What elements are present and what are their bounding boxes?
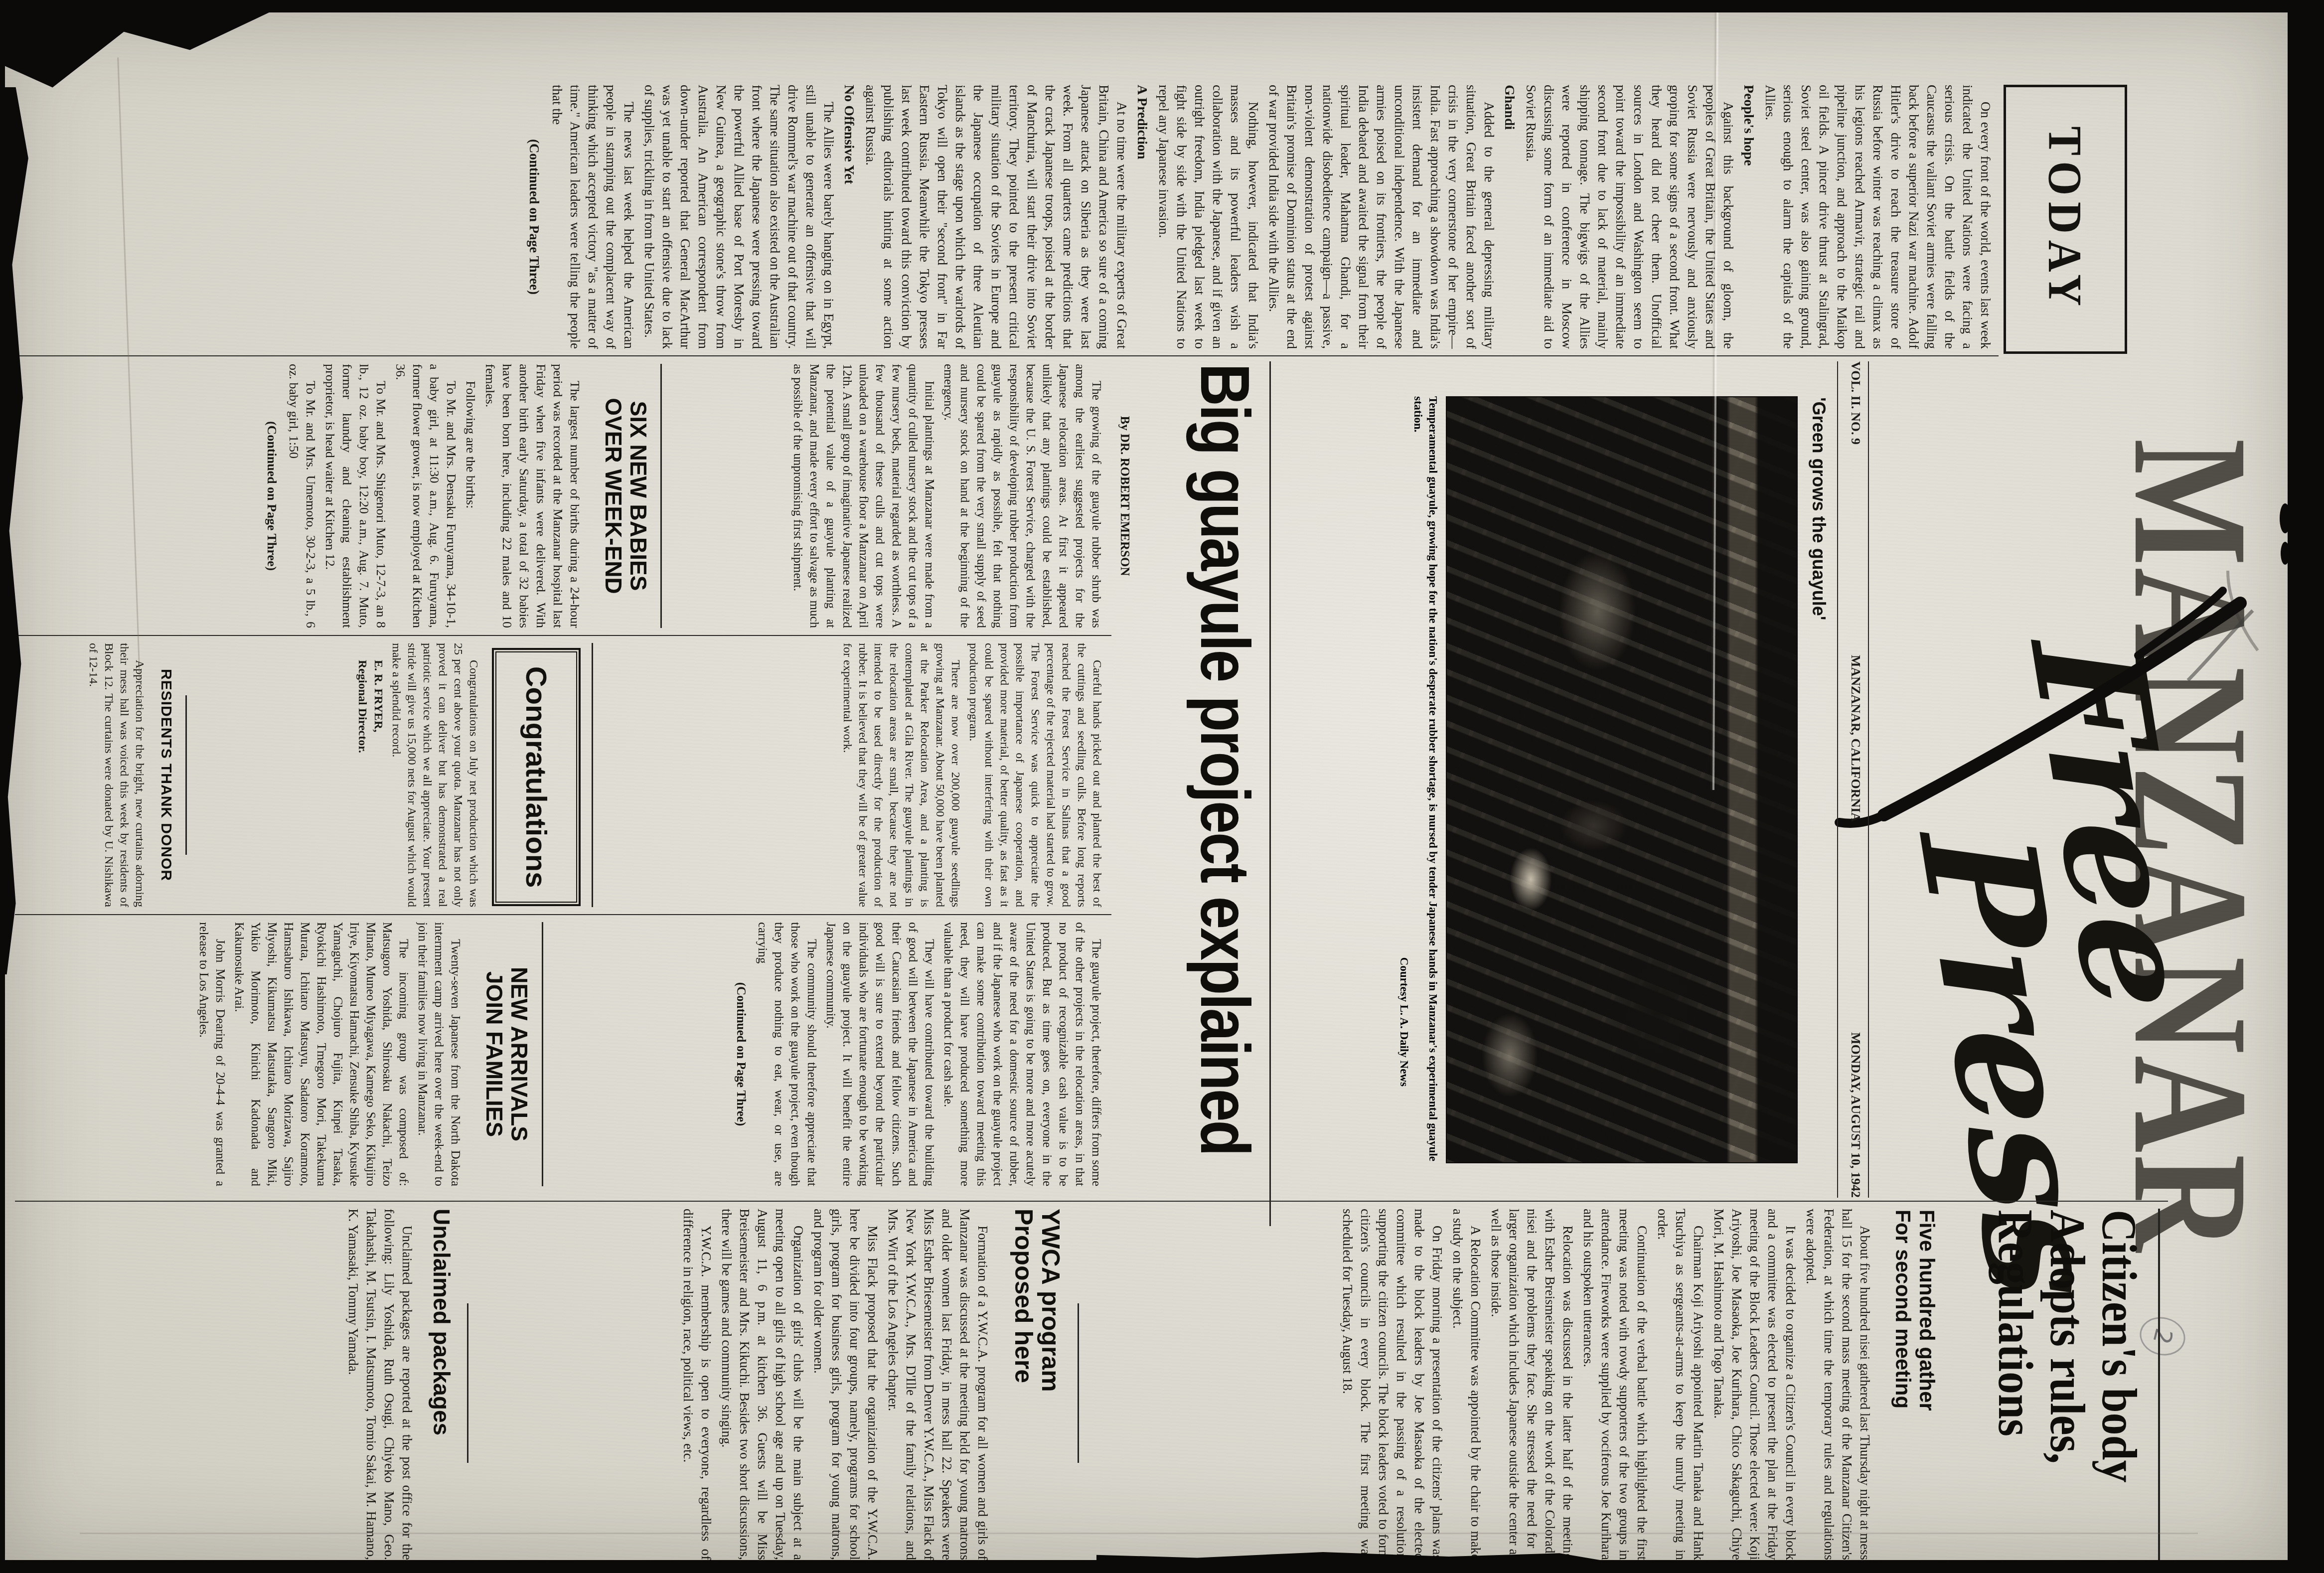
paragraph: Following are the births: <box>462 364 479 628</box>
lead-story-rule <box>2158 1209 2160 1560</box>
paragraph: Added to the general depressing military… <box>1265 85 1498 349</box>
paragraph: Organization of girls' clubs will be the… <box>718 1209 807 1560</box>
babies-headline-line2: OVER WEEK-END <box>601 364 626 628</box>
paragraph: Chairman Koji Ariyoshi appointed Martin … <box>1654 1209 1707 1560</box>
ywca-column: Formation of a Y.W.C.A. program for all … <box>493 1209 992 1560</box>
today-intro: On every front of the world, events last… <box>1761 85 1995 349</box>
ywca-headline: YWCA program Proposed here <box>1010 1209 1064 1560</box>
paragraph: Relocation was discussed in the latter h… <box>1487 1209 1577 1560</box>
paragraph: The guayule project, therefore, differs … <box>940 922 1104 1186</box>
paragraph: They will have contributed toward the bu… <box>822 922 937 1186</box>
paragraph: The incoming group was composed of: Mats… <box>231 922 412 1186</box>
column-rule <box>15 1201 2168 1202</box>
paragraph: Appreciation for the bright, new curtain… <box>85 643 147 907</box>
scan-blemish <box>2281 542 2290 565</box>
today-box: TODAY <box>2004 85 2127 354</box>
babies-headline-line1: SIX NEW BABIES <box>625 364 650 628</box>
paragraph: To Mr. and Mrs. Shigenori Muto, 12-7-3, … <box>321 364 389 628</box>
photo-guayule-lath-house <box>1446 396 1798 1163</box>
paragraph: There are now over 200,000 guayule seedl… <box>839 643 963 907</box>
paragraph: The largest number of births during a 24… <box>481 364 583 628</box>
section-head-no-offensive-yet: No Offensive Yet <box>841 85 857 349</box>
paragraph: Unclaimed packages are reported at the p… <box>344 1209 416 1560</box>
congratulations-box: Congratulations <box>492 648 581 906</box>
section-head-ghandi: Ghandi <box>1501 85 1517 349</box>
story-divider-rule <box>660 364 662 628</box>
paragraph: Formation of a Y.W.C.A. program for all … <box>884 1209 992 1560</box>
column-rule <box>15 355 1999 356</box>
paragraph: Careful hands picked out and planted the… <box>965 643 1104 907</box>
citizens-headline: Citizen's body Adopts rules, Regulations <box>1990 1210 2145 1513</box>
photo-credit: Courtesy L. A. Daily News <box>1397 396 1410 1161</box>
paragraph: Continuation of the verbal battle which … <box>1579 1209 1651 1560</box>
congratulations-headline: Congratulations <box>520 666 553 888</box>
citizens-subhead-line2: For second meeting <box>1890 1210 1914 1411</box>
paragraph: The community should therefore appreciat… <box>754 922 820 1186</box>
arrivals-headline-line2: JOIN FAMILIES <box>482 922 507 1186</box>
headline-rule <box>1269 361 1271 1226</box>
continued-line: (Continued on Page Three) <box>263 364 280 628</box>
guayule-column-3: Careful hands picked out and planted the… <box>601 643 1104 907</box>
photo-caption: Temperamental guayule, growing hope for … <box>1397 396 1440 1161</box>
paragraph: Congratulations on July net production w… <box>388 643 481 907</box>
paragraph: To Mr. and Mrs. Umemoto, 30-2-3, a 5 lb.… <box>285 364 319 628</box>
babies-column: The largest number of births during a 24… <box>25 364 583 628</box>
caption-text: Temperamental guayule, growing hope for … <box>1410 396 1440 1161</box>
story-divider-rule <box>185 695 187 855</box>
section-head-peoples-hope: People's hope <box>1740 85 1756 349</box>
paragraph: About five hundred nisei gathered last T… <box>1802 1209 1874 1560</box>
paragraph: Against this background of gloom, the pe… <box>1522 85 1737 349</box>
arrivals-headline-line1: NEW ARRIVALS <box>506 922 531 1186</box>
signature-name: E. R. FRYER, <box>370 643 386 907</box>
donor-headline: RESIDENTS THANK DONOR <box>157 643 174 907</box>
signature-title: Regional Director. <box>354 643 370 907</box>
arrivals-headline: NEW ARRIVALS JOIN FAMILIES <box>482 922 531 1186</box>
volume-number: VOL. II. NO. 9 <box>1848 361 1863 445</box>
section-head-a-prediction: A Prediction <box>1134 85 1150 349</box>
paragraph: John Morris Dearing of 20-4-4 was grante… <box>195 922 228 1186</box>
paragraph: Nothing, however, indicated that India's… <box>1155 85 1262 349</box>
paragraph: The growing of the guayule rubber shrub … <box>940 364 1104 628</box>
donor-column: Appreciation for the bright, new curtain… <box>12 643 147 907</box>
citizens-subhead: Five hundred gather For second meeting <box>1890 1210 1939 1411</box>
paragraph: The news last week helped the American p… <box>548 85 638 349</box>
guayule-column-2: The growing of the guayule rubber shrub … <box>671 364 1104 628</box>
continued-line: (Continued on Page Three) <box>733 922 749 1186</box>
story-divider-rule <box>467 1303 468 1463</box>
ywca-headline-line2: Proposed here <box>1010 1209 1037 1560</box>
citizens-headline-line3: Regulations <box>1990 1210 2041 1483</box>
ink-slash-mark <box>1814 351 2288 1249</box>
paragraph: It was decided to organize a Citizen's C… <box>1710 1209 1800 1560</box>
continued-line: (Continued on Page Three) <box>525 85 543 349</box>
story-divider-rule <box>592 643 593 907</box>
unclaimed-headline: Unclaimed packages <box>429 1209 454 1560</box>
paragraph: Twenty-seven Japanese from the North Dak… <box>414 922 464 1186</box>
citizens-subhead-line1: Five hundred gather <box>1915 1210 1939 1411</box>
publication-date: MONDAY, AUGUST 10, 1942 <box>1848 1032 1863 1198</box>
scanned-newspaper-screenshot: { "masthead": { "title_block": "MANZANAR… <box>0 0 2324 1573</box>
arrivals-column: Twenty-seven Japanese from the North Dak… <box>15 922 464 1186</box>
paragraph: At no time were the military experts of … <box>862 85 1131 349</box>
folio-line: VOL. II. NO. 9 MANZANAR, CALIFORNIA MOND… <box>1848 361 1863 1198</box>
paragraph: A Relocation Committee was appointed by … <box>1449 1209 1485 1560</box>
citizens-headline-line1: Citizen's body <box>2093 1210 2145 1483</box>
congratulations-letter: Congratulations on July net production w… <box>202 643 481 907</box>
paragraph: To Mr. and Mrs. Densaku Furuyama, 34-10-… <box>392 364 460 628</box>
story-divider-rule <box>542 922 543 1186</box>
story-divider-rule <box>1078 1303 1079 1463</box>
folio-rule-bottom <box>1837 361 1838 1198</box>
column-rule <box>15 914 1111 915</box>
ywca-headline-line1: YWCA program <box>1037 1209 1064 1560</box>
citizens-column: About five hundred nisei gathered last T… <box>1096 1209 1874 1560</box>
babies-headline: SIX NEW BABIES OVER WEEK-END <box>601 364 650 628</box>
column-rule <box>15 635 1111 636</box>
paragraph: Y.W.C.A. membership is open to everyone,… <box>679 1209 715 1560</box>
guayule-column-4: The guayule project, therefore, differs … <box>554 922 1104 1186</box>
citizens-headline-line2: Adopts rules, <box>2041 1210 2093 1483</box>
photo-kicker: 'Green grows the guayule' <box>1808 397 1829 620</box>
paragraph: The Allies were barely hanging on in Egy… <box>640 85 838 349</box>
guayule-headline: Big guayule project explained <box>1190 363 1260 1155</box>
unclaimed-column: Unclaimed packages are reported at the p… <box>157 1209 416 1560</box>
today-column: On every front of the world, events last… <box>26 85 1995 349</box>
newspaper-page: MANZANAR Free Press 2 VOL. II. NO. 9 MAN… <box>5 12 2288 1560</box>
paragraph: Miss Flack proposed that the organizatio… <box>810 1209 882 1560</box>
publication-place: MANZANAR, CALIFORNIA <box>1848 655 1863 822</box>
guayule-byline: By DR. ROBERT EMERSON <box>1117 364 1131 628</box>
folio-rule-top <box>1868 361 1869 1198</box>
paragraph: Initial plantings at Manzanar were made … <box>789 364 937 628</box>
scan-blemish <box>2280 503 2291 533</box>
paragraph: On Friday morning a presentation of the … <box>1339 1209 1446 1560</box>
